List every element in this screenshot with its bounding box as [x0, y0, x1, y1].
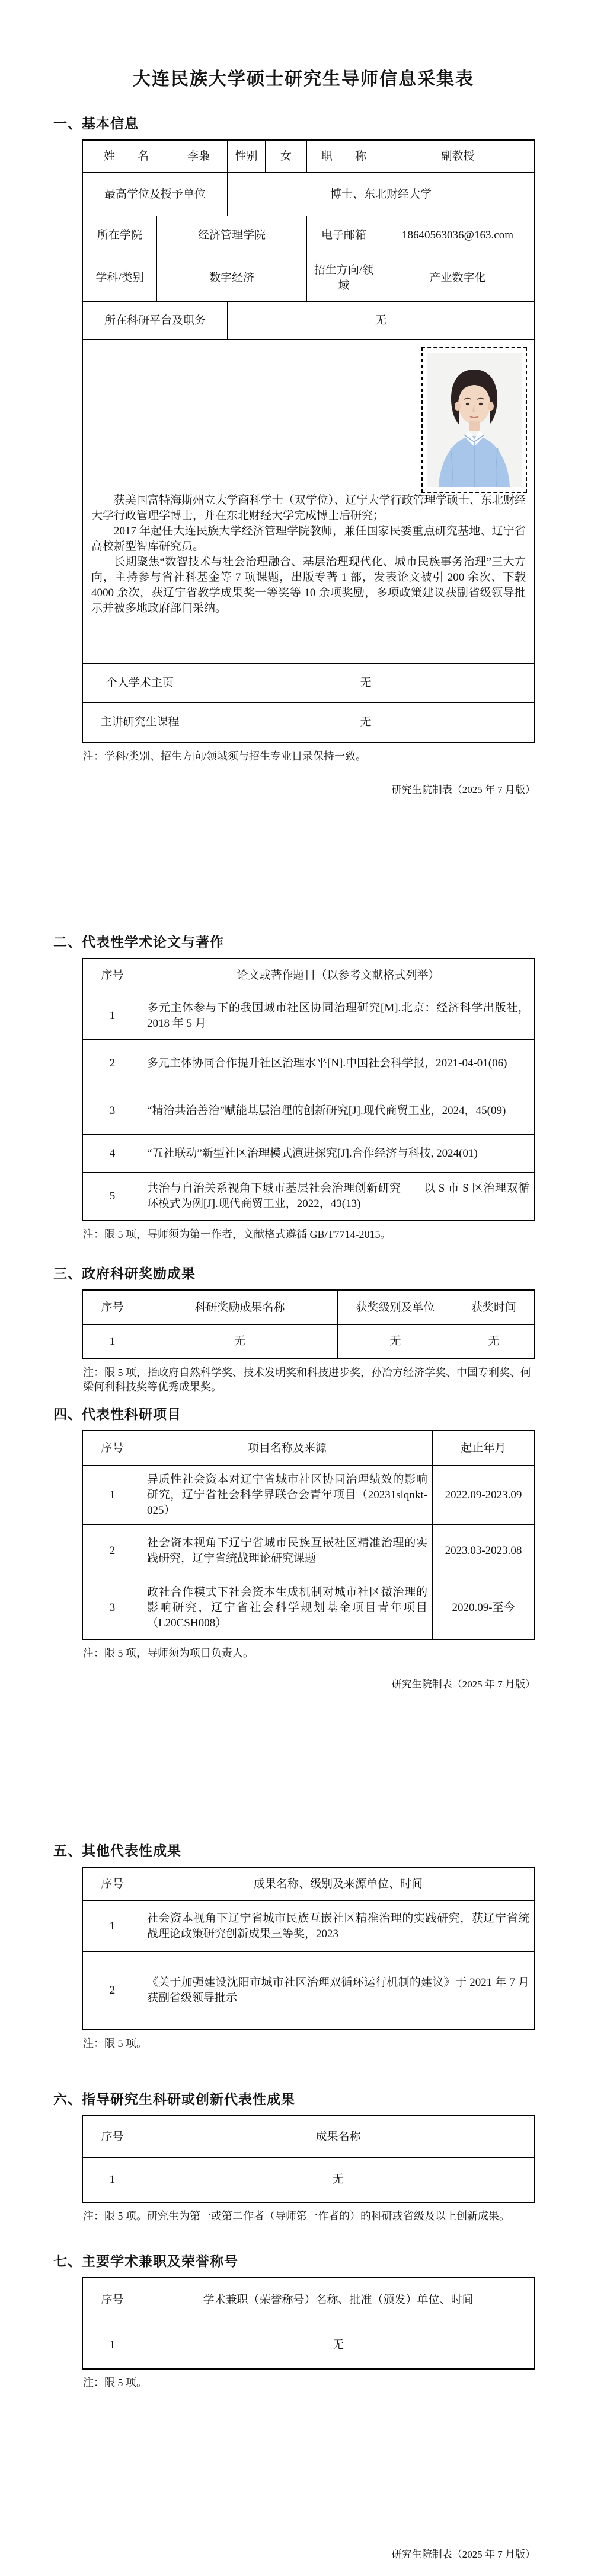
- table-row: 1 社会资本视角下辽宁省城市民族互嵌社区精准治理的实践研究，获辽宁省统战理论政策…: [83, 1901, 534, 1952]
- table-header-row: 序号 项目名称及来源 起止年月: [83, 1431, 534, 1466]
- col-name: 科研奖励成果名称: [142, 1291, 338, 1324]
- table-row: 获美国富特海斯州立大学商科学士（双学位）、辽宁大学行政管理学硕士、东北财经大学行…: [83, 340, 534, 664]
- table-row: 3 “精治共治善治”赋能基层治理的创新研究[J].现代商贸工业，2024，45(…: [83, 1087, 534, 1135]
- achievement-name: 社会资本视角下辽宁省城市民族互嵌社区精准治理的实践研究，获辽宁省统战理论政策研究…: [142, 1901, 534, 1951]
- section-heading-projects: 四、代表性科研项目: [53, 1403, 607, 1423]
- gender-label: 性别: [228, 141, 266, 172]
- table-row: 主讲研究生课程 无: [83, 703, 534, 742]
- homepage-value: 无: [197, 664, 534, 702]
- project-name: 社会资本视角下辽宁省城市民族互嵌社区精准治理的实践研究，辽宁省统战理论研究课题: [142, 1525, 433, 1577]
- table-row: 所在科研平台及职务 无: [83, 302, 534, 340]
- row-no: 1: [83, 2322, 142, 2368]
- col-title: 论文或著作题目（以参考文献格式列举）: [142, 959, 534, 992]
- bio-paragraph-3: 长期聚焦“数智技术与社会治理融合、基层治理现代化、城市民族事务治理”三大方向，主…: [91, 555, 526, 616]
- section-heading-papers: 二、代表性学术论文与著作: [53, 931, 607, 951]
- paper-title: 多元主体协同合作提升社区治理水平[N].中国社会科学报，2021-04-01(0…: [142, 1040, 534, 1087]
- gender-value: 女: [266, 141, 307, 172]
- papers-table: 序号 论文或著作题目（以参考文献格式列举） 1 多元主体参与下的我国城市社区协同…: [82, 958, 535, 1221]
- project-name: 异质性社会资本对辽宁省城市社区协同治理绩效的影响研究，辽宁省社会科学界联合会青年…: [142, 1466, 433, 1524]
- col-level: 获奖级别及单位: [338, 1291, 453, 1324]
- note-others: 注：限 5 项。: [83, 2036, 533, 2050]
- discipline-label: 学科/类别: [83, 254, 157, 301]
- degree-value: 博士、东北财经大学: [228, 173, 534, 216]
- award-time: 无: [453, 1325, 534, 1358]
- degree-label: 最高学位及授予单位: [83, 173, 228, 216]
- document-page: 大连民族大学硕士研究生导师信息采集表 一、基本信息 姓 名 李枭 性别 女 职 …: [0, 0, 607, 2576]
- college-value: 经济管理学院: [157, 216, 307, 254]
- col-no: 序号: [83, 959, 142, 992]
- table-row: 最高学位及授予单位 博士、东北财经大学: [83, 173, 534, 216]
- student-achievements-table: 序号 成果名称 1 无: [82, 2115, 535, 2203]
- table-row: 2 多元主体协同合作提升社区治理水平[N].中国社会科学报，2021-04-01…: [83, 1040, 534, 1087]
- note-projects: 注：限 5 项，导师须为项目负责人。: [83, 1646, 533, 1660]
- col-no: 序号: [83, 1291, 142, 1324]
- platform-value: 无: [228, 302, 534, 339]
- title-name: 无: [142, 2322, 534, 2368]
- row-no: 1: [83, 1901, 142, 1951]
- row-no: 2: [83, 1525, 142, 1577]
- form-maker-footer: 研究生院制表（2025 年 7 月版）: [0, 2546, 535, 2561]
- note-awards: 注：限 5 项，指政府自然科学奖、技术发明奖和科技进步奖，孙冶方经济学奖、中国专…: [83, 1365, 533, 1394]
- direction-value: 产业数字化: [381, 254, 534, 301]
- table-row: 姓 名 李枭 性别 女 职 称 副教授: [83, 141, 534, 173]
- award-name: 无: [142, 1325, 338, 1358]
- bio-text: 获美国富特海斯州立大学商科学士（双学位）、辽宁大学行政管理学硕士、东北财经大学行…: [83, 493, 534, 616]
- table-row: 所在学院 经济管理学院 电子邮箱 18640563036@163.com: [83, 216, 534, 254]
- section-heading-titles: 七、主要学术兼职及荣誉称号: [53, 2250, 607, 2270]
- table-header-row: 序号 科研奖励成果名称 获奖级别及单位 获奖时间: [83, 1291, 534, 1325]
- col-time: 获奖时间: [453, 1291, 534, 1324]
- note-titles: 注：限 5 项。: [83, 2376, 533, 2390]
- row-no: 1: [83, 1466, 142, 1524]
- table-row: 2 社会资本视角下辽宁省城市民族互嵌社区精准治理的实践研究，辽宁省统战理论研究课…: [83, 1525, 534, 1577]
- table-row: 1 异质性社会资本对辽宁省城市社区协同治理绩效的影响研究，辽宁省社会科学界联合会…: [83, 1466, 534, 1525]
- courses-value: 无: [197, 703, 534, 742]
- col-no: 序号: [83, 2116, 142, 2157]
- project-period: 2020.09-至今: [433, 1577, 534, 1639]
- paper-title: “五社联动”新型社区治理模式演进探究[J].合作经济与科技, 2024(01): [142, 1135, 534, 1172]
- project-name: 政社合作模式下社会资本生成机制对城市社区微治理的影响研究，辽宁省社会科学规划基金…: [142, 1577, 433, 1639]
- name-value: 李枭: [170, 141, 228, 172]
- form-maker-footer: 研究生院制表（2025 年 7 月版）: [0, 781, 535, 796]
- col-no: 序号: [83, 2278, 142, 2322]
- others-table: 序号 成果名称、级别及来源单位、时间 1 社会资本视角下辽宁省城市民族互嵌社区精…: [82, 1867, 535, 2030]
- section-heading-student-achievements: 六、指导研究生科研或创新代表性成果: [53, 2088, 607, 2108]
- row-no: 2: [83, 1952, 142, 2029]
- table-row: 学科/类别 数字经济 招生方向/领域 产业数字化: [83, 254, 534, 302]
- bio-paragraph-1: 获美国富特海斯州立大学商科学士（双学位）、辽宁大学行政管理学硕士、东北财经大学行…: [91, 493, 526, 524]
- homepage-label: 个人学术主页: [83, 664, 197, 702]
- row-no: 3: [83, 1577, 142, 1639]
- awards-table: 序号 科研奖励成果名称 获奖级别及单位 获奖时间 1 无 无 无: [82, 1289, 535, 1359]
- col-no: 序号: [83, 1431, 142, 1465]
- title-label: 职 称: [307, 141, 381, 172]
- row-no: 3: [83, 1087, 142, 1134]
- email-value: 18640563036@163.com: [381, 216, 534, 254]
- note-basic-info: 注：学科/类别、招生方向/领域须与招生专业目录保持一致。: [83, 749, 533, 763]
- table-header-row: 序号 论文或著作题目（以参考文献格式列举）: [83, 959, 534, 992]
- award-level: 无: [338, 1325, 453, 1358]
- titles-table: 序号 学术兼职（荣誉称号）名称、批准（颁发）单位、时间 1 无: [82, 2277, 535, 2370]
- achievement-name: 无: [142, 2158, 534, 2202]
- col-name: 学术兼职（荣誉称号）名称、批准（颁发）单位、时间: [142, 2278, 534, 2322]
- row-no: 1: [83, 992, 142, 1039]
- col-name: 项目名称及来源: [142, 1431, 433, 1465]
- supervisor-photo: [427, 353, 522, 487]
- table-row: 1 无 无 无: [83, 1325, 534, 1358]
- basic-info-table: 姓 名 李枭 性别 女 职 称 副教授 最高学位及授予单位 博士、东北财经大学 …: [82, 139, 535, 743]
- name-label: 姓 名: [83, 141, 170, 172]
- discipline-value: 数字经济: [157, 254, 307, 301]
- project-period: 2023.03-2023.08: [433, 1525, 534, 1577]
- paper-title: “精治共治善治”赋能基层治理的创新研究[J].现代商贸工业，2024，45(09…: [142, 1087, 534, 1134]
- table-header-row: 序号 学术兼职（荣誉称号）名称、批准（颁发）单位、时间: [83, 2278, 534, 2322]
- col-name: 成果名称: [142, 2116, 534, 2157]
- courses-label: 主讲研究生课程: [83, 703, 197, 742]
- achievement-name: 《关于加强建设沈阳市城市社区治理双循环运行机制的建议》于 2021 年 7 月获…: [142, 1952, 534, 2029]
- col-no: 序号: [83, 1868, 142, 1900]
- section-heading-awards: 三、政府科研奖励成果: [53, 1263, 607, 1282]
- project-period: 2022.09-2023.09: [433, 1466, 534, 1524]
- row-no: 4: [83, 1135, 142, 1172]
- table-header-row: 序号 成果名称: [83, 2116, 534, 2158]
- projects-table: 序号 项目名称及来源 起止年月 1 异质性社会资本对辽宁省城市社区协同治理绩效的…: [82, 1430, 535, 1640]
- row-no: 5: [83, 1173, 142, 1220]
- table-row: 个人学术主页 无: [83, 664, 534, 703]
- note-student-achievements: 注：限 5 项。研究生为第一或第二作者（导师第一作者的）的科研或省级及以上创新成…: [83, 2209, 533, 2223]
- bio-paragraph-2: 2017 年起任大连民族大学经济管理学院教师，兼任国家民委重点研究基地、辽宁省高…: [91, 524, 526, 555]
- section-heading-basic-info: 一、基本信息: [53, 113, 607, 132]
- platform-label: 所在科研平台及职务: [83, 302, 228, 339]
- direction-label: 招生方向/领域: [307, 254, 381, 301]
- table-row: 4 “五社联动”新型社区治理模式演进探究[J].合作经济与科技, 2024(01…: [83, 1135, 534, 1173]
- table-row: 5 共治与自治关系视角下城市基层社会治理创新研究——以 S 市 S 区治理双循环…: [83, 1173, 534, 1220]
- title-value: 副教授: [381, 141, 534, 172]
- row-no: 1: [83, 1325, 142, 1358]
- form-maker-footer: 研究生院制表（2025 年 7 月版）: [0, 1676, 535, 1690]
- col-name: 成果名称、级别及来源单位、时间: [142, 1868, 534, 1900]
- table-row: 1 无: [83, 2158, 534, 2202]
- table-row: 1 无: [83, 2322, 534, 2368]
- note-papers: 注：限 5 项，导师须为第一作者，文献格式遵循 GB/T7714-2015。: [83, 1227, 533, 1241]
- table-row: 3 政社合作模式下社会资本生成机制对城市社区微治理的影响研究，辽宁省社会科学规划…: [83, 1577, 534, 1639]
- table-header-row: 序号 成果名称、级别及来源单位、时间: [83, 1868, 534, 1901]
- section-heading-others: 五、其他代表性成果: [53, 1840, 607, 1859]
- paper-title: 多元主体参与下的我国城市社区协同治理研究[M].北京：经济科学出版社，2018 …: [142, 992, 534, 1039]
- row-no: 2: [83, 1040, 142, 1087]
- photo-frame: [421, 347, 527, 493]
- bio-cell: 获美国富特海斯州立大学商科学士（双学位）、辽宁大学行政管理学硕士、东北财经大学行…: [83, 340, 534, 663]
- page-title: 大连民族大学硕士研究生导师信息采集表: [0, 0, 607, 90]
- col-period: 起止年月: [433, 1431, 534, 1465]
- table-row: 2 《关于加强建设沈阳市城市社区治理双循环运行机制的建议》于 2021 年 7 …: [83, 1952, 534, 2029]
- table-row: 1 多元主体参与下的我国城市社区协同治理研究[M].北京：经济科学出版社，201…: [83, 992, 534, 1040]
- row-no: 1: [83, 2158, 142, 2202]
- email-label: 电子邮箱: [307, 216, 381, 254]
- paper-title: 共治与自治关系视角下城市基层社会治理创新研究——以 S 市 S 区治理双循环模式…: [142, 1173, 534, 1220]
- college-label: 所在学院: [83, 216, 157, 254]
